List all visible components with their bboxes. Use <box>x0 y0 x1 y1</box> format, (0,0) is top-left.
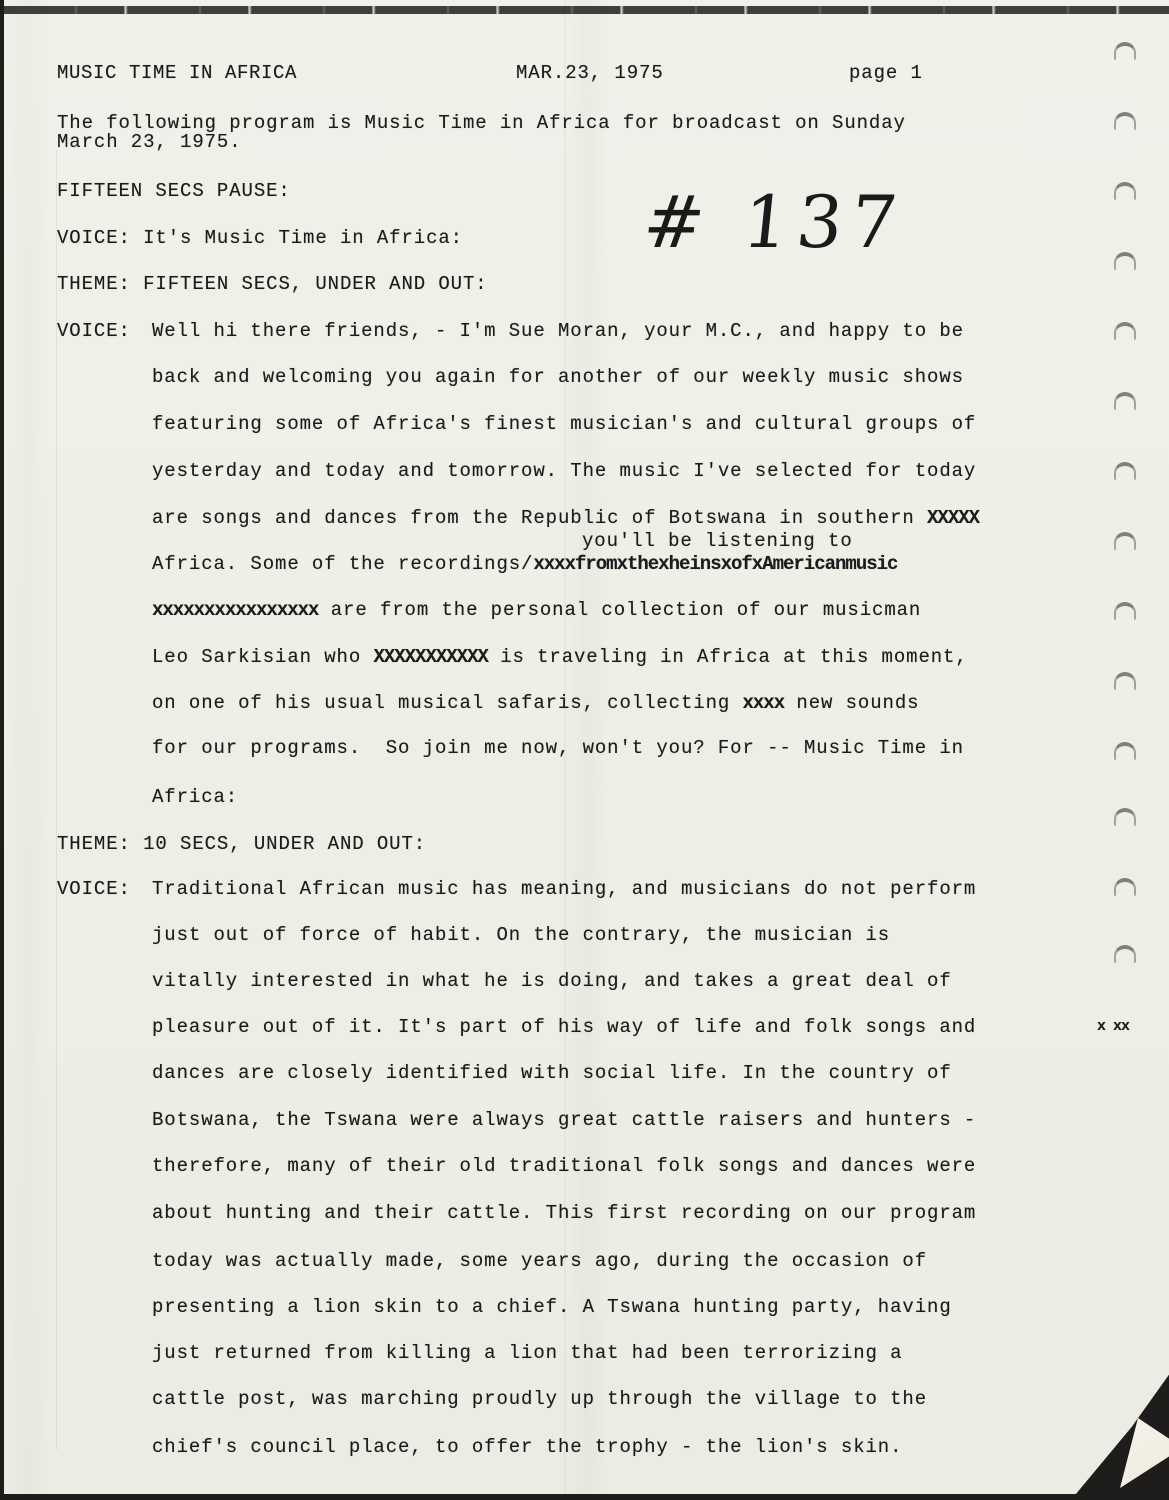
script-line: dances are closely identified with socia… <box>152 1062 952 1084</box>
cue-label: VOICE: <box>57 227 131 249</box>
punch-hole-icon <box>1114 808 1136 826</box>
script-line: cattle post, was marching proudly up thr… <box>152 1388 927 1410</box>
cue-text: FIFTEEN SECS, UNDER AND OUT: <box>143 273 487 295</box>
punch-hole-icon <box>1114 742 1136 760</box>
script-text: Leo Sarkisian who <box>152 646 361 668</box>
overstrike-text: xxxxfromxthexheinsxofxAmericanmusic <box>533 553 897 575</box>
punch-hole-icon <box>1114 182 1136 200</box>
script-line: pleasure out of it. It's part of his way… <box>152 1016 976 1038</box>
typewritten-page: MUSIC TIME IN AFRICA MAR.23, 1975 page 1… <box>4 0 1169 1494</box>
script-line: Botswana, the Tswana were always great c… <box>152 1109 976 1131</box>
cue-voice: VOICE: It's Music Time in Africa: <box>57 227 463 249</box>
punch-hole-icon <box>1114 42 1136 60</box>
cue-text: It's Music Time in Africa: <box>143 227 463 249</box>
script-line: Well hi there friends, - I'm Sue Moran, … <box>152 320 964 342</box>
cue-pause: FIFTEEN SECS PAUSE: <box>57 180 291 202</box>
script-line: vitally interested in what he is doing, … <box>152 970 952 992</box>
script-line: chief's council place, to offer the trop… <box>152 1436 902 1458</box>
script-line: today was actually made, some years ago,… <box>152 1250 927 1272</box>
script-line: are songs and dances from the Republic o… <box>152 507 979 529</box>
top-edge-ink-strip <box>4 6 1169 14</box>
punch-hole-icon <box>1114 602 1136 620</box>
script-line: for our programs. So join me now, won't … <box>152 737 964 759</box>
punch-hole-icon <box>1114 322 1136 340</box>
punch-hole-icon <box>1114 672 1136 690</box>
script-line: back and welcoming you again for another… <box>152 366 964 388</box>
punch-hole-icon <box>1114 462 1136 480</box>
margin-line <box>56 150 57 1450</box>
voice-label: VOICE: <box>57 320 131 342</box>
overstrike-text: xxxx <box>743 692 785 714</box>
script-line: Africa: <box>152 786 238 808</box>
script-line: about hunting and their cattle. This fir… <box>152 1202 976 1224</box>
script-line: Africa. Some of the recordings/xxxxfromx… <box>152 553 897 575</box>
script-line: presenting a lion skin to a chief. A Tsw… <box>152 1296 952 1318</box>
margin-overstrike: x xx <box>1097 1016 1129 1038</box>
script-line: Leo Sarkisian who XXXXXXXXXXX is traveli… <box>152 646 968 668</box>
script-text: is traveling in Africa at this moment, <box>500 646 967 668</box>
cue-label: THEME: <box>57 273 131 295</box>
cue-label: THEME: <box>57 833 131 855</box>
broadcast-date: MAR.23, 1975 <box>516 62 664 84</box>
punch-hole-icon <box>1114 945 1136 963</box>
interlinear-insert: you'll be listening to <box>582 530 853 552</box>
script-line: just returned from killing a lion that h… <box>152 1342 902 1364</box>
voice-label: VOICE: <box>57 878 131 900</box>
script-text: new sounds <box>796 692 919 714</box>
script-line: therefore, many of their old traditional… <box>152 1155 976 1177</box>
script-line: just out of force of habit. On the contr… <box>152 924 890 946</box>
script-line: yesterday and today and tomorrow. The mu… <box>152 460 976 482</box>
intro-line: March 23, 1975. <box>57 131 242 153</box>
script-text: are from the personal collection of our … <box>331 599 922 621</box>
script-text: Africa. Some of the recordings/ <box>152 553 533 575</box>
handwritten-script-number: # 137 <box>640 180 909 264</box>
script-line: Traditional African music has meaning, a… <box>152 878 976 900</box>
script-line: featuring some of Africa's finest musici… <box>152 413 976 435</box>
script-text: are songs and dances from the Republic o… <box>152 507 915 529</box>
overstrike-text: XXXXXXXXXXX <box>373 646 487 668</box>
overstrike-text: xxxxxxxxxxxxxxxx <box>152 599 318 621</box>
program-title: MUSIC TIME IN AFRICA <box>57 62 297 84</box>
cue-text: 10 SECS, UNDER AND OUT: <box>143 833 426 855</box>
punch-hole-icon <box>1114 252 1136 270</box>
script-text: on one of his usual musical safaris, col… <box>152 692 730 714</box>
punch-hole-icon <box>1114 532 1136 550</box>
page-number: page 1 <box>849 62 923 84</box>
punch-hole-icon <box>1114 112 1136 130</box>
overstrike-text: XXXXX <box>927 507 979 529</box>
script-line: on one of his usual musical safaris, col… <box>152 692 919 714</box>
cue-theme: THEME: FIFTEEN SECS, UNDER AND OUT: <box>57 273 488 295</box>
script-line: xxxxxxxxxxxxxxxx are from the personal c… <box>152 599 921 621</box>
cue-theme: THEME: 10 SECS, UNDER AND OUT: <box>57 833 426 855</box>
punch-hole-icon <box>1114 392 1136 410</box>
punch-hole-icon <box>1114 878 1136 896</box>
